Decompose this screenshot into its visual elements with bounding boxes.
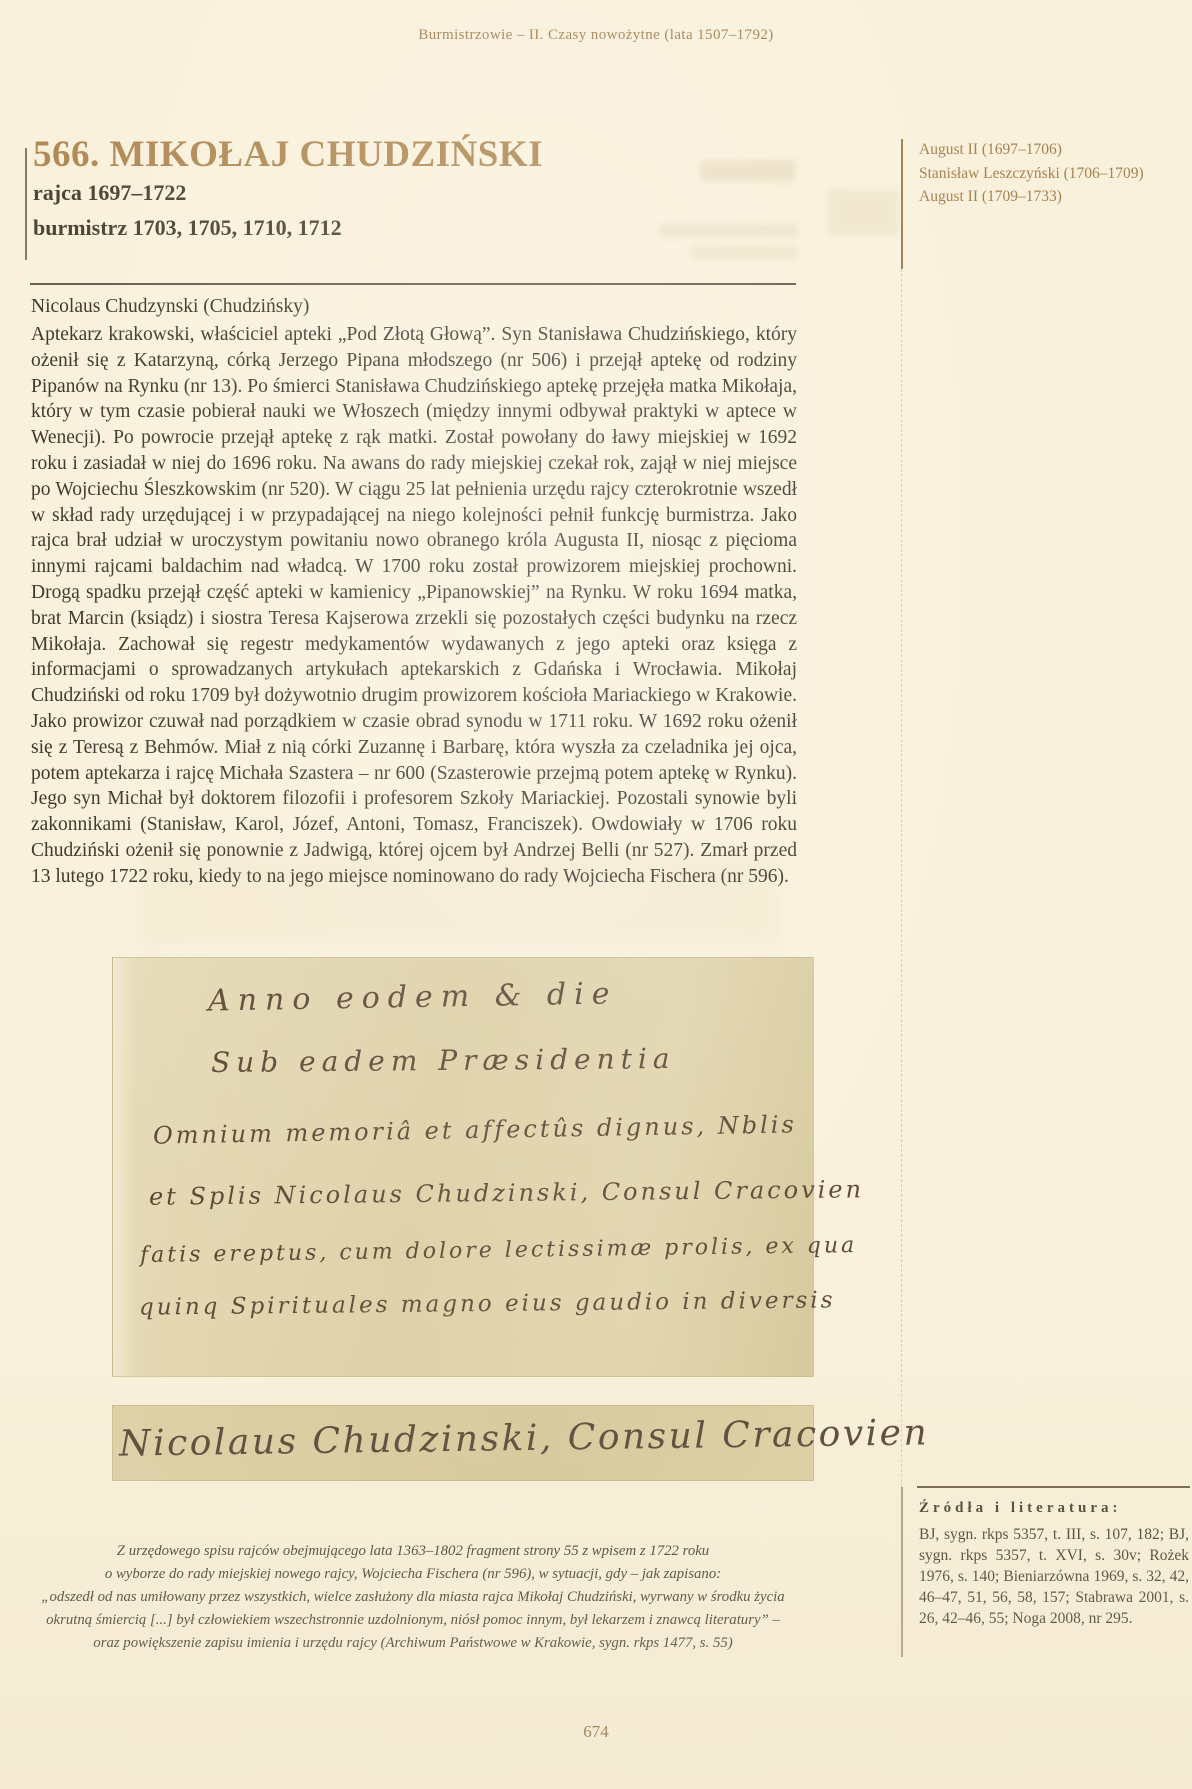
entry-role-burmistrz: burmistrz 1703, 1705, 1710, 1712 [33,215,342,241]
sources-text: BJ, sygn. rkps 5357, t. III, s. 107, 182… [919,1524,1189,1629]
bleedthrough-ghost-2 [828,190,898,235]
latin-name-line: Nicolaus Chudzynski (Chudzińsky) [31,296,309,318]
section-divider [30,283,796,285]
manuscript-line: fatis ereptus, cum dolore lectissimæ pro… [140,1233,857,1268]
caption-line: okrutną śmiercią [...] był człowiekiem w… [30,1609,796,1632]
book-page: Burmistrzowie – II. Czasy nowożytne (lat… [0,0,1192,1789]
margin-rule-middle [901,269,902,1487]
caption-line: Z urzędowego spisu rajców obejmującego l… [30,1540,796,1563]
ruler-list: August II (1697–1706) Stanisław Leszczyń… [919,138,1191,209]
ruler-entry: August II (1697–1706) [919,138,1191,162]
manuscript-line: Omnium memoriâ et affectûs dignus, Nblis [153,1110,797,1149]
biography-paragraph: Aptekarz krakowski, właściciel apteki „P… [31,322,797,890]
ruler-entry: Stanisław Leszczyński (1706–1709) [919,162,1191,186]
caption-line: oraz powiększenie zapisu imienia i urzęd… [30,1632,796,1655]
bleedthrough-ghost-4 [690,246,798,259]
manuscript-line: Sub eadem Præsidentia [211,1042,676,1079]
sources-divider [917,1486,1190,1488]
entry-left-rule [25,148,27,260]
margin-rule-bottom [901,1487,903,1657]
bleedthrough-ghost-3 [658,224,798,238]
manuscript-line: Anno eodem & die [208,976,618,1018]
manuscript-photo-strip: Nicolaus Chudzinski, Consul Cracovien [112,1405,814,1481]
entry-role-rajca: rajca 1697–1722 [33,180,186,206]
caption-line: o wyborze do rady miejskiej nowego rajcy… [30,1563,796,1586]
manuscript-line: quinq Spirituales magno eius gaudio in d… [139,1287,836,1320]
margin-rule-top [901,139,903,269]
entry-title: 566. MIKOŁAJ CHUDZIŃSKI [33,133,543,176]
caption-line: „odszedł od nas umiłowany przez wszystki… [30,1586,796,1609]
ruler-entry: August II (1709–1733) [919,185,1191,209]
page-number: 674 [0,1722,1192,1742]
sources-heading: Źródła i literatura: [919,1500,1121,1517]
figure-caption: Z urzędowego spisu rajców obejmującego l… [30,1540,796,1655]
manuscript-gutter [113,958,137,1376]
manuscript-name-line: Nicolaus Chudzinski, Consul Cracovien [119,1412,930,1464]
running-header: Burmistrzowie – II. Czasy nowożytne (lat… [0,27,1192,44]
manuscript-photo-main: Anno eodem & die Sub eadem Præsidentia O… [112,957,814,1377]
manuscript-line: et Splis Nicolaus Chudzinski, Consul Cra… [149,1175,864,1210]
bleedthrough-ghost-1 [700,160,795,182]
